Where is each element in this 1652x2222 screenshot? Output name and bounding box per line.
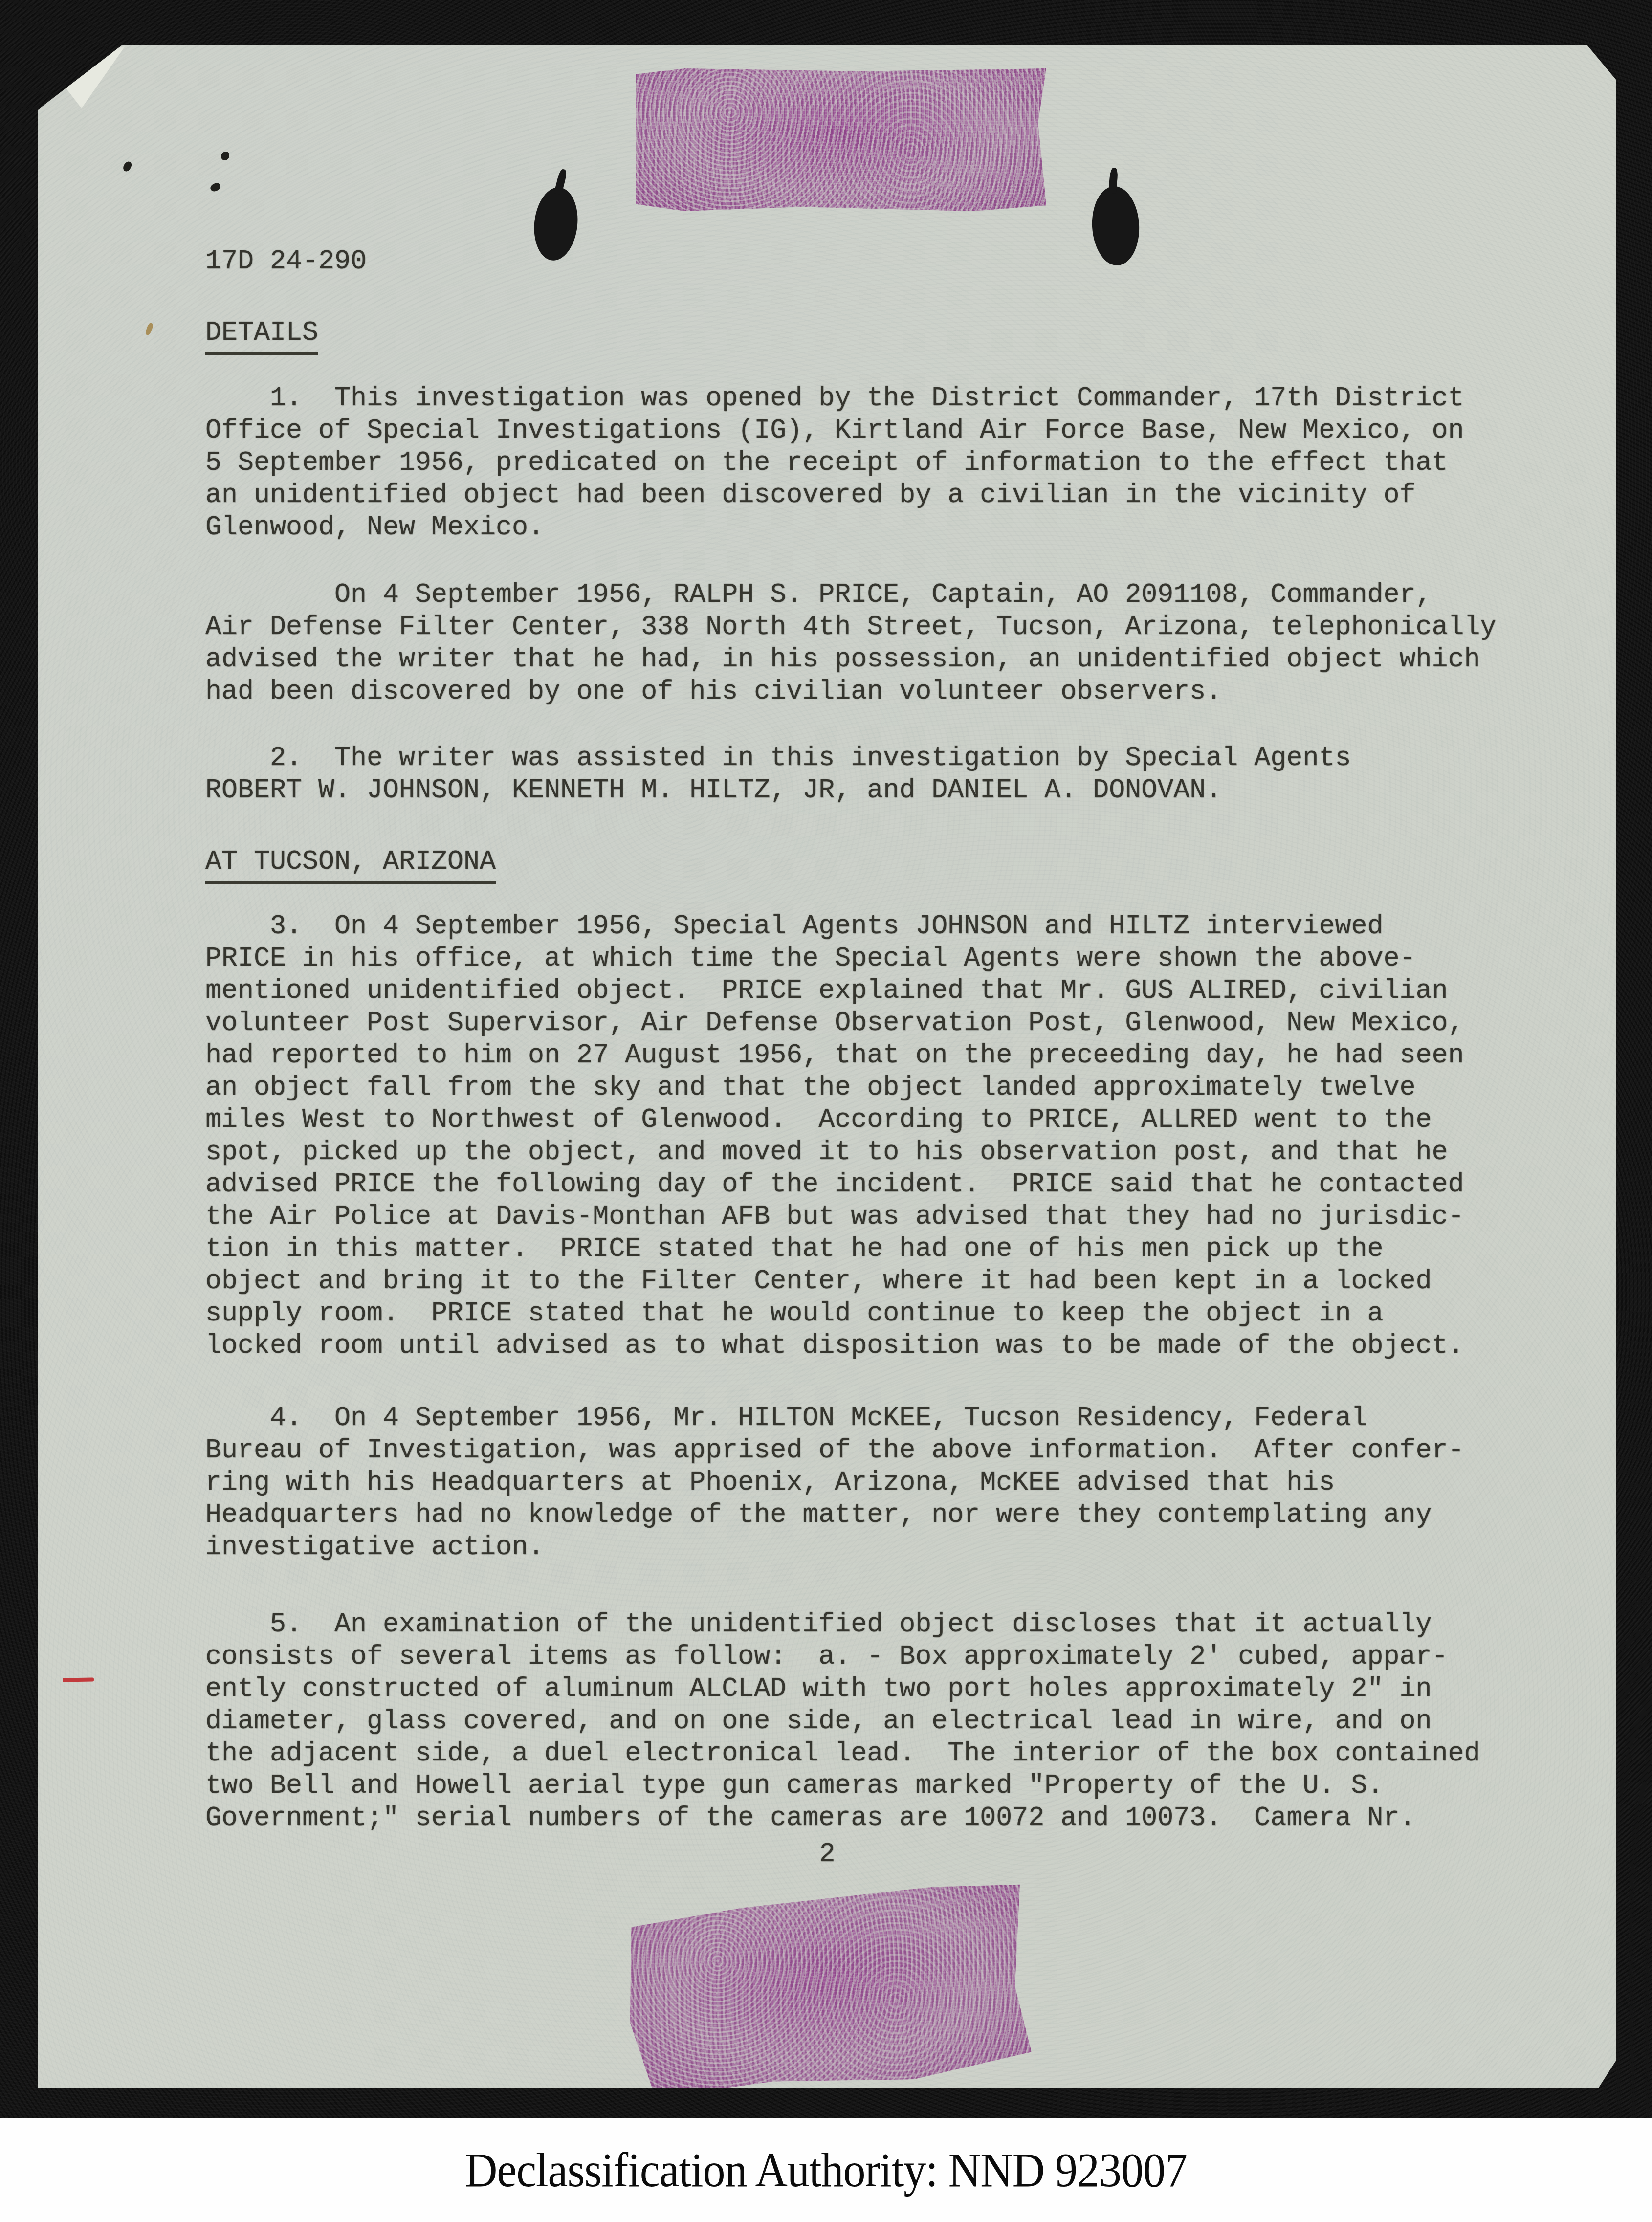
details-heading-text: DETAILS [205, 317, 318, 355]
redaction-stamp-top [636, 68, 1046, 211]
declassification-authority-text: Declassification Authority: NND 923007 [465, 2142, 1187, 2198]
redaction-stamp-bottom [622, 1881, 1033, 2099]
paper-speck [145, 322, 154, 336]
punch-hole-left [530, 185, 581, 263]
declassification-banner: Declassification Authority: NND 923007 [0, 2118, 1652, 2222]
paragraph-4: 4. On 4 September 1956, Mr. HILTON McKEE… [205, 1402, 1464, 1563]
paper-speck [209, 182, 221, 193]
paper-speck [122, 160, 132, 173]
page-number: 2 [38, 1838, 1616, 1870]
red-margin-mark [63, 1677, 94, 1682]
details-heading: DETAILS [205, 317, 318, 349]
document-page: 17D 24-290 DETAILS 1. This investigation… [38, 45, 1616, 2088]
document-number: 17D 24-290 [205, 245, 367, 278]
paragraph-2: 2. The writer was assisted in this inves… [205, 742, 1351, 807]
paragraph-on-4-september: On 4 September 1956, RALPH S. PRICE, Cap… [205, 579, 1496, 708]
section-heading-at-tucson: AT TUCSON, ARIZONA [205, 846, 496, 878]
punch-hole-right [1090, 185, 1141, 267]
paragraph-5: 5. An examination of the unidentified ob… [205, 1608, 1480, 1834]
paragraph-1: 1. This investigation was opened by the … [205, 382, 1464, 544]
paragraph-3: 3. On 4 September 1956, Special Agents J… [205, 910, 1464, 1362]
paper-speck [221, 152, 229, 160]
section-heading-text: AT TUCSON, ARIZONA [205, 846, 496, 884]
